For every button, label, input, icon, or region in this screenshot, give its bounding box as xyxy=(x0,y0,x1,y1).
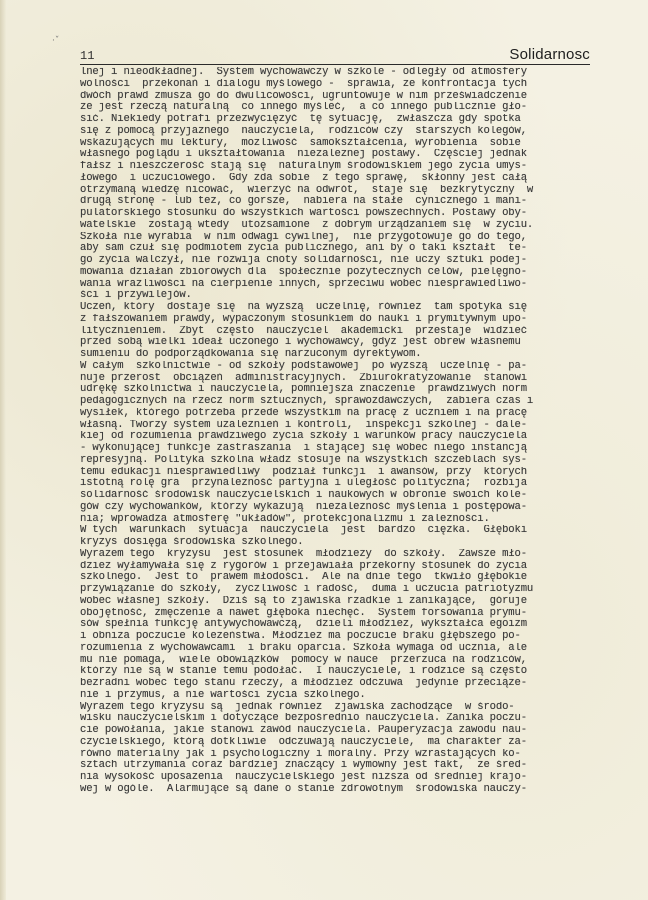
text-line: wolności przekonań i dialogu myślowego -… xyxy=(80,79,594,91)
text-line: nia; wprowadza atmosferę "układów", prot… xyxy=(80,514,594,526)
text-line: nie i przymus, a nie wartości życia szko… xyxy=(80,690,594,702)
text-line: wania wrażliwości na cierpienie innych, … xyxy=(80,279,594,291)
scanned-page: ·ˇ 11 Solidarnosc lnej i nieodkładnej. S… xyxy=(0,0,648,900)
text-line: dzież wyłamywała się z rygorów i przejaw… xyxy=(80,561,594,573)
text-line: pedagogicznych na rzecz norm sztucznych,… xyxy=(80,396,594,408)
text-line: ści i przywilejów. xyxy=(80,290,594,302)
text-line: Szkoła nie wyrabia w nim odwagi cywilnej… xyxy=(80,232,594,244)
text-line: aby sam czuł się podmiotem życia publicz… xyxy=(80,243,594,255)
text-line: watelskie zostają wtedy utożsamione z do… xyxy=(80,220,594,232)
text-line: którzy nie są w stanie temu podołać. I n… xyxy=(80,666,594,678)
text-line: kiej od rozumienia prawdziwego życia szk… xyxy=(80,431,594,443)
text-line: lnej i nieodkładnej. System wychowawczy … xyxy=(80,67,594,79)
text-line: bezradni wobec tego stanu rzeczy, a młod… xyxy=(80,678,594,690)
text-line: własnego poglądu i ukształtowania niezal… xyxy=(80,149,594,161)
page-edge-shadow xyxy=(0,0,6,900)
text-line: szkolnego. Jest to prawem młodości. Ale … xyxy=(80,572,594,584)
text-line: łowego i uczuciowego. Gdy zda sobie z te… xyxy=(80,173,594,185)
text-line: udrękę szkolnictwa i nauczyciela, pomnie… xyxy=(80,384,594,396)
text-line: cie powołania, jakie stanowi zawód naucz… xyxy=(80,725,594,737)
article-body: lnej i nieodkładnej. System wychowawczy … xyxy=(80,67,594,796)
text-line: sów spełnia funkcję antywychowawczą, dzi… xyxy=(80,619,594,631)
text-line: temu edukacji niesprawiedliwy podział fu… xyxy=(80,467,594,479)
text-line: Wyrazem tego kryzysu są jednak również z… xyxy=(80,702,594,714)
text-line: wobec własnej szkoły. Dziś są to zjawisk… xyxy=(80,596,594,608)
text-line: równo materialny jak i psychologiczny i … xyxy=(80,749,594,761)
text-line: z fałszowaniem prawdy, wypaczonym stosun… xyxy=(80,314,594,326)
text-line: się z pomocą przyjaznego nauczyciela, ro… xyxy=(80,126,594,138)
text-line: kryzys dosięga środowiska szkolnego. xyxy=(80,537,594,549)
page-header: 11 Solidarnosc xyxy=(80,42,590,65)
text-line: fałsz i nieszczerość stają się naturalny… xyxy=(80,161,594,173)
text-line: że jest rzeczą naturalną co innego myśle… xyxy=(80,102,594,114)
text-line: otrzymaną wiedzę nicować, wierzyć na odw… xyxy=(80,185,594,197)
text-line: wysiłek, którego potrzeba przede wszystk… xyxy=(80,408,594,420)
text-line: wej w ogóle. Alarmujące są dane o stanie… xyxy=(80,784,594,796)
page-number: 11 xyxy=(80,49,94,63)
text-line: nuje przerost obciążeń administracyjnych… xyxy=(80,373,594,385)
text-line: - wykonującej funkcje zastraszania i sta… xyxy=(80,443,594,455)
text-line: sić. Niekiedy potrafi przezwyciężyć tę s… xyxy=(80,114,594,126)
text-line: W tych warunkach sytuacja nauczyciela je… xyxy=(80,525,594,537)
text-line: solidarność środowisk nauczycielskich i … xyxy=(80,490,594,502)
text-line: wskazujących mu lektury, możliwość samok… xyxy=(80,138,594,150)
text-line: czycielskiego, którą dotkliwie odczuwają… xyxy=(80,737,594,749)
text-line: represyjną. Polityka szkolna władz stosu… xyxy=(80,455,594,467)
text-line: pulatorskiego stosunku do wszystkich war… xyxy=(80,208,594,220)
text-line: gów czy wychowanków, którzy wykazują nie… xyxy=(80,502,594,514)
text-line: własną. Tworzy system uzależnień i kontr… xyxy=(80,420,594,432)
text-line: sumieniu do podporządkowania się narzuco… xyxy=(80,349,594,361)
text-line: rozumienia z wychowawcami i braku oparci… xyxy=(80,643,594,655)
text-line: i obniża poczucie koleżeństwa. Młodzież … xyxy=(80,631,594,643)
text-line: Wyrazem tego kryzysu jest stosunek młodz… xyxy=(80,549,594,561)
ink-speck: ·ˇ xyxy=(52,36,59,46)
text-line: istotną rolę gra przynależność partyjna … xyxy=(80,478,594,490)
text-line: drugą stronę - lub też, co gorsze, nabie… xyxy=(80,196,594,208)
text-line: mowania działań zbiorowych dla społeczni… xyxy=(80,267,594,279)
text-line: W całym szkolnictwie - od szkoły podstaw… xyxy=(80,361,594,373)
text-line: sztach utrzymania coraz bardziej znacząc… xyxy=(80,760,594,772)
text-line: obojętność, zmęczenie a nawet głęboka ni… xyxy=(80,608,594,620)
text-line: wisku nauczycielskim i dotyczące bezpośr… xyxy=(80,713,594,725)
text-line: przed sobą wielki ideał uczonego i wycho… xyxy=(80,337,594,349)
masthead-title: Solidarnosc xyxy=(509,46,590,63)
text-line: Uczeń, który dostaje się na wyższą uczel… xyxy=(80,302,594,314)
text-line: mu nie pomaga, wiele obowiązków pomocy w… xyxy=(80,655,594,667)
text-line: go życia walczył, nie rozwija cnoty soli… xyxy=(80,255,594,267)
text-line: przywiązanie do szkoły, życzliwość i rad… xyxy=(80,584,594,596)
text-line: dwóch prawd zmusza go do dwulicowości, u… xyxy=(80,91,594,103)
text-line: nia wysokość uposażenia nauczycielskiego… xyxy=(80,772,594,784)
text-line: litycznieniem. Zbyt często nauczyciel ak… xyxy=(80,326,594,338)
